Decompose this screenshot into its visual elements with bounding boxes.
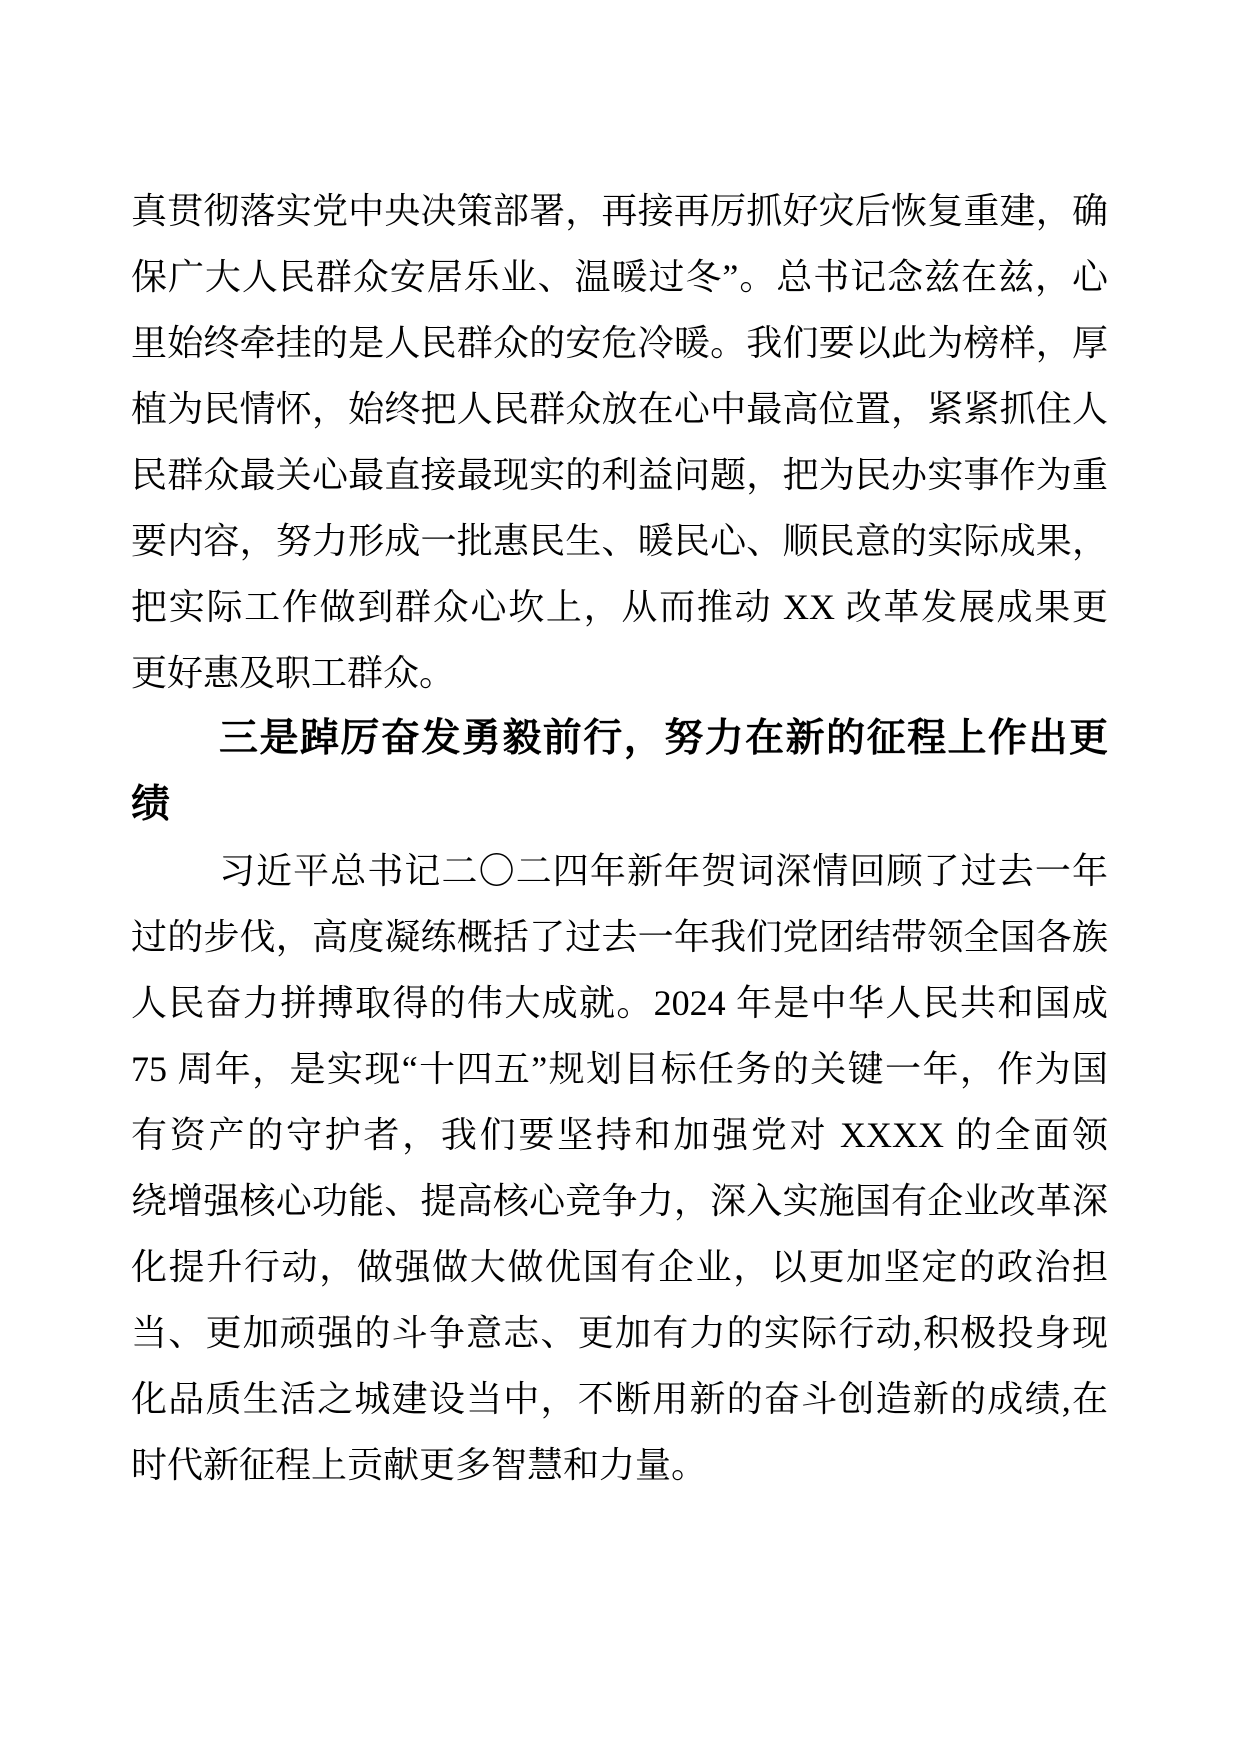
paragraph-line: 把实际工作做到群众心坎上，从而推动 XX 改革发展成果更多、 bbox=[131, 574, 1108, 640]
paragraph-line: 绕增强核心功能、提高核心竞争力，深入实施国有企业改革深 bbox=[131, 1168, 1108, 1234]
paragraph-line: 化提升行动，做强做大做优国有企业，以更加坚定的政治担 bbox=[131, 1234, 1108, 1300]
paragraph-line: 真贯彻落实党中央决策部署，再接再厉抓好灾后恢复重建，确 bbox=[131, 178, 1108, 244]
paragraph-line: 化品质生活之城建设当中，不断用新的奋斗创造新的成绩,在新 bbox=[131, 1366, 1108, 1432]
paragraph-line: 时代新征程上贡献更多智慧和力量。 bbox=[131, 1432, 1108, 1498]
paragraph-line: 要内容，努力形成一批惠民生、暖民心、顺民意的实际成果， bbox=[131, 508, 1108, 574]
paragraph-line: 有资产的守护者，我们要坚持和加强党对 XXXX 的全面领导，围 bbox=[131, 1102, 1108, 1168]
section-heading-line: 三是踔厉奋发勇毅前行，努力在新的征程上作出更大的成 bbox=[131, 706, 1108, 772]
paragraph-line: 更好惠及职工群众。 bbox=[131, 640, 1108, 706]
paragraph-line: 过的步伐，高度凝练概括了过去一年我们党团结带领全国各族 bbox=[131, 904, 1108, 970]
paragraph-line: 人民奋力拼搏取得的伟大成就。2024 年是中华人民共和国成立 bbox=[131, 970, 1108, 1036]
paragraph-line: 当、更加顽强的斗争意志、更加有力的实际行动,积极投身现代 bbox=[131, 1300, 1108, 1366]
paragraph-line: 植为民情怀，始终把人民群众放在心中最高位置，紧紧抓住人 bbox=[131, 376, 1108, 442]
section-heading-line: 绩 bbox=[131, 772, 1108, 838]
paragraph-line: 里始终牵挂的是人民群众的安危冷暖。我们要以此为榜样，厚 bbox=[131, 310, 1108, 376]
document-body: 真贯彻落实党中央决策部署，再接再厉抓好灾后恢复重建，确保广大人民群众安居乐业、温… bbox=[0, 0, 1240, 1498]
document-page: 真贯彻落实党中央决策部署，再接再厉抓好灾后恢复重建，确保广大人民群众安居乐业、温… bbox=[0, 0, 1240, 1754]
paragraph-line: 75 周年，是实现“十四五”规划目标任务的关键一年，作为国 bbox=[131, 1036, 1108, 1102]
paragraph-line: 保广大人民群众安居乐业、温暖过冬”。总书记念兹在兹，心 bbox=[131, 244, 1108, 310]
paragraph-line: 习近平总书记二〇二四年新年贺词深情回顾了过去一年走 bbox=[131, 838, 1108, 904]
paragraph-line: 民群众最关心最直接最现实的利益问题，把为民办实事作为重 bbox=[131, 442, 1108, 508]
